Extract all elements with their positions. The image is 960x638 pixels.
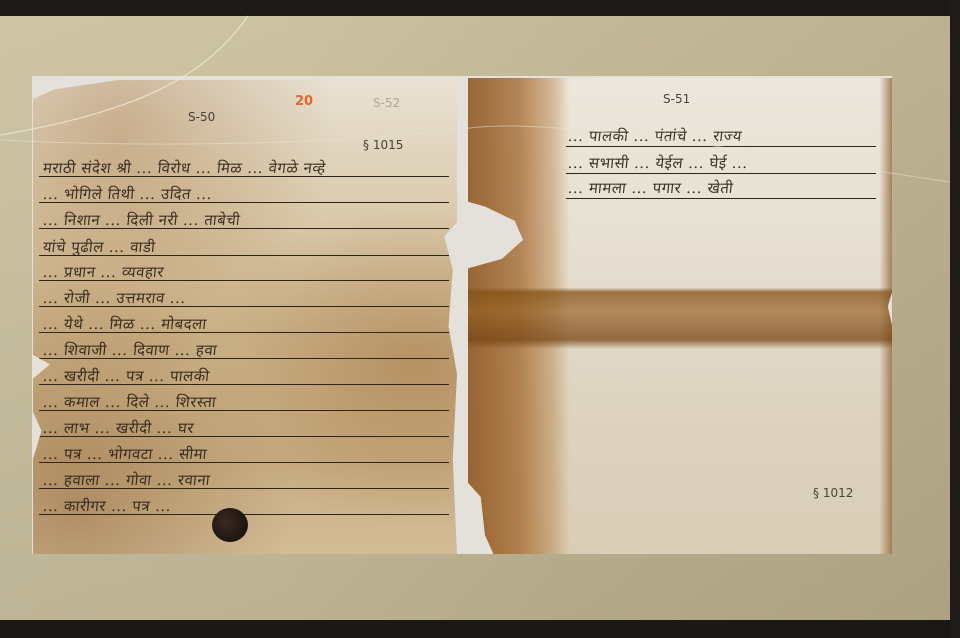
manuscript-line: ... कमाल ... दिले ... शिरस्ता [42, 392, 217, 412]
manuscript-line: ... खरीदी ... पत्र ... पालकी [42, 366, 211, 386]
manuscript-line: ... निशान ... दिली नरी ... ताबेची [42, 210, 241, 230]
manuscript-line: ... हवाला ... गोवा ... रवाना [42, 470, 211, 490]
manuscript-line: ... येथे ... मिळ ... मोबदला [42, 314, 208, 334]
ink-seal [212, 508, 248, 542]
shelf-mark-left: S-50 [188, 110, 215, 124]
catalog-number-left: § 1015 [363, 138, 403, 152]
manuscript-line: ... रोजी ... उत्तमराव ... [42, 288, 187, 308]
red-page-number: 20 [295, 94, 313, 109]
manuscript-line: ... प्रधान ... व्यवहार [42, 262, 165, 282]
manuscript-line: ... पालकी ... पंतांचे ... राज्य [567, 126, 743, 146]
catalog-number-right: § 1012 [813, 486, 853, 500]
manuscript-line: ... शिवाजी ... दिवाण ... हवा [42, 340, 218, 360]
manuscript-line: ... लाभ ... खरीदी ... घर [42, 418, 195, 438]
picture-frame-top [0, 0, 960, 16]
manuscript-line: मराठी संदेश श्री ... विरोध ... मिळ ... व… [42, 158, 327, 178]
faint-mark: S-52 [373, 96, 400, 110]
rule-line [566, 198, 876, 199]
manuscript-line: ... कारीगर ... पत्र ... [42, 496, 172, 516]
picture-frame-bottom [0, 620, 960, 638]
manuscript-line: ... भोगिले तिथी ... उदित ... [42, 184, 213, 204]
manuscript-line: यांचे पुढील ... वाडी [42, 237, 156, 257]
manuscript-right-leaf: S-51 § 1012 ... पालकी ... पंतांचे ... रा… [468, 78, 892, 554]
rule-line [566, 173, 876, 174]
manuscript-line: ... पत्र ... भोगवटा ... सीमा [42, 444, 208, 464]
rule-line [566, 146, 876, 147]
manuscript-line: ... मामला ... पगार ... खेती [567, 178, 734, 198]
manuscript-left-leaf: S-50 20 S-52 § 1015 मराठी संदेश श्री ...… [33, 80, 457, 554]
shelf-mark-right: S-51 [663, 92, 690, 106]
picture-frame-right [950, 0, 960, 638]
manuscript-line: ... सभासी ... येईल ... घेई ... [567, 153, 749, 173]
